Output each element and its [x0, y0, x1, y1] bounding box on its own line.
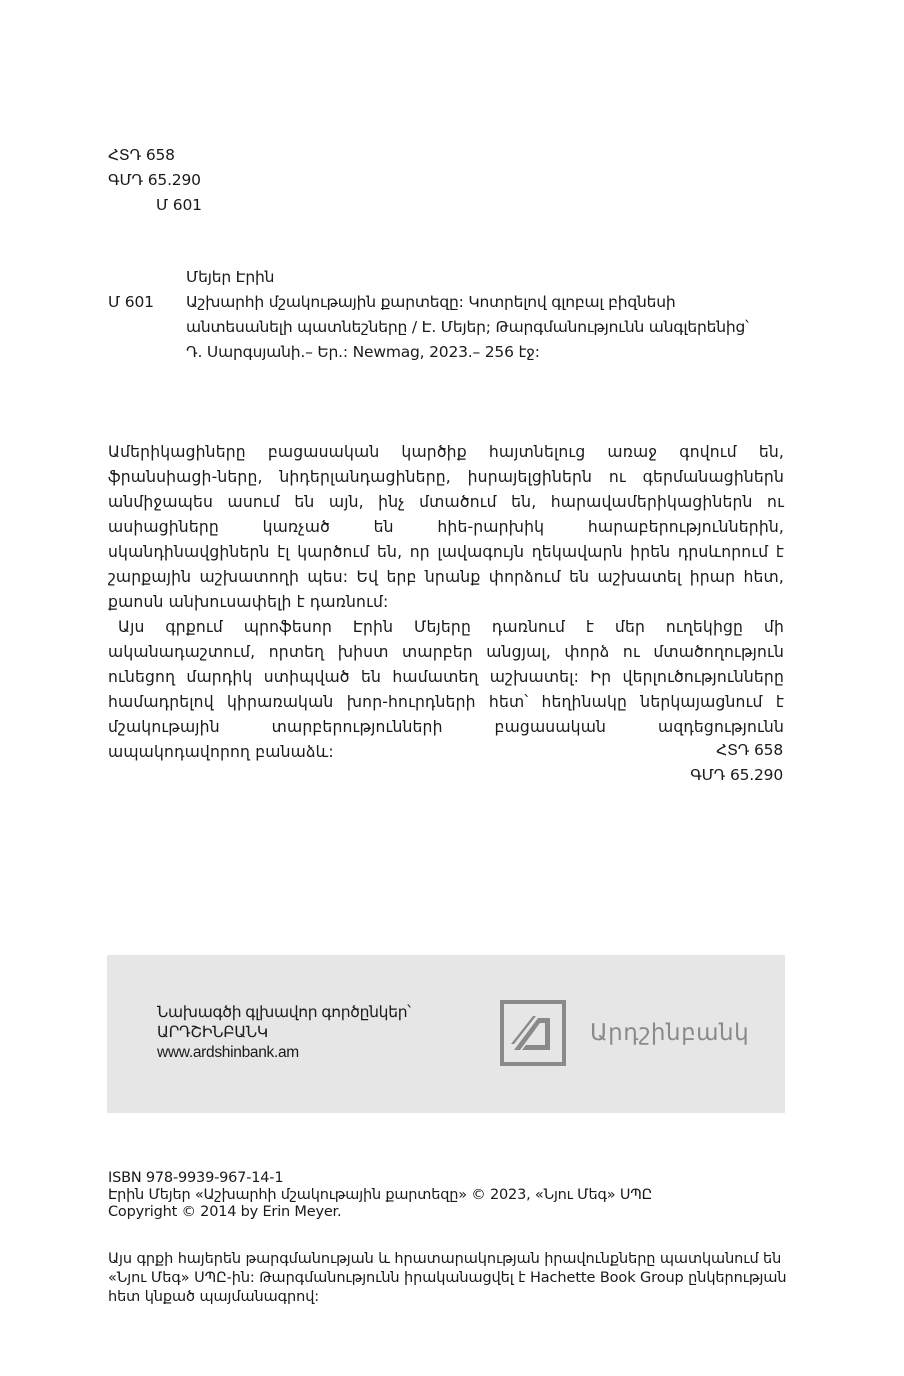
udc-code: ՀՏԴ 658 — [108, 143, 202, 168]
catalog-code: Մ 601 — [108, 290, 154, 315]
rights-block: ISBN 978-9939-967-14-1 Էրին Մեյեր «Աշխար… — [108, 1170, 652, 1221]
udc-code: ՀՏԴ 658 — [690, 738, 783, 763]
classification-block-right: ՀՏԴ 658 ԳՄԴ 65.290 — [690, 738, 783, 788]
lbc-code: ԳՄԴ 65.290 — [690, 763, 783, 788]
author-heading: Մեյեր Էրին — [186, 265, 808, 290]
annotation-paragraph: Այս գրքում պրոֆեսոր Էրին Մեյերը դառնում … — [108, 615, 784, 765]
license-line: Այս գրքի հայերեն թարգմանության և հրատարա… — [108, 1250, 798, 1269]
sponsor-website: www.ardshinbank.am — [157, 1043, 411, 1063]
ardshinbank-logo-icon — [500, 1000, 566, 1066]
isbn: ISBN 978-9939-967-14-1 — [108, 1170, 652, 1187]
annotation: Ամերիկացիները բացասական կարծիք հայտնելու… — [108, 440, 784, 765]
author-mark: Մ 601 — [108, 193, 202, 218]
sponsor-name: ԱՐԴՇԻՆԲԱՆԿ — [157, 1023, 411, 1043]
original-copyright: Copyright © 2014 by Erin Meyer. — [108, 1204, 652, 1221]
annotation-paragraph: Ամերիկացիները բացասական կարծիք հայտնելու… — [108, 440, 784, 615]
sponsor-band: Նախագծի գլխավոր գործընկեր՝ ԱՐԴՇԻՆԲԱՆԿ ww… — [107, 955, 785, 1113]
catalog-entry: Մ 601 Մեյեր Էրին Աշխարհի մշակութային քար… — [108, 265, 808, 365]
catalog-line: անտեսանելի պատնեշները / Է. Մեյեր; Թարգմա… — [186, 315, 808, 340]
license-notice: Այս գրքի հայերեն թարգմանության և հրատարա… — [108, 1250, 798, 1307]
sponsor-label: Նախագծի գլխավոր գործընկեր՝ — [157, 1003, 411, 1023]
lbc-code: ԳՄԴ 65.290 — [108, 168, 202, 193]
sponsor-brand-name: Արդշինբանկ — [590, 1019, 749, 1046]
catalog-line: Աշխարհի մշակութային քարտեզը: Կոտրելով գլ… — [186, 290, 808, 315]
license-line: «Նյու Մեգ» ՍՊԸ-ին: Թարգմանությունն իրակա… — [108, 1269, 798, 1288]
sponsor-text: Նախագծի գլխավոր գործընկեր՝ ԱՐԴՇԻՆԲԱՆԿ ww… — [157, 1003, 411, 1063]
classification-block-top: ՀՏԴ 658 ԳՄԴ 65.290 Մ 601 — [108, 143, 202, 218]
armenian-copyright: Էրին Մեյեր «Աշխարհի մշակութային քարտեզը»… — [108, 1187, 652, 1204]
catalog-line: Դ. Սարգսյանի.– Եր.: Newmag, 2023.– 256 է… — [186, 340, 808, 365]
license-line: հետ կնքած պայմանագրով: — [108, 1288, 798, 1307]
